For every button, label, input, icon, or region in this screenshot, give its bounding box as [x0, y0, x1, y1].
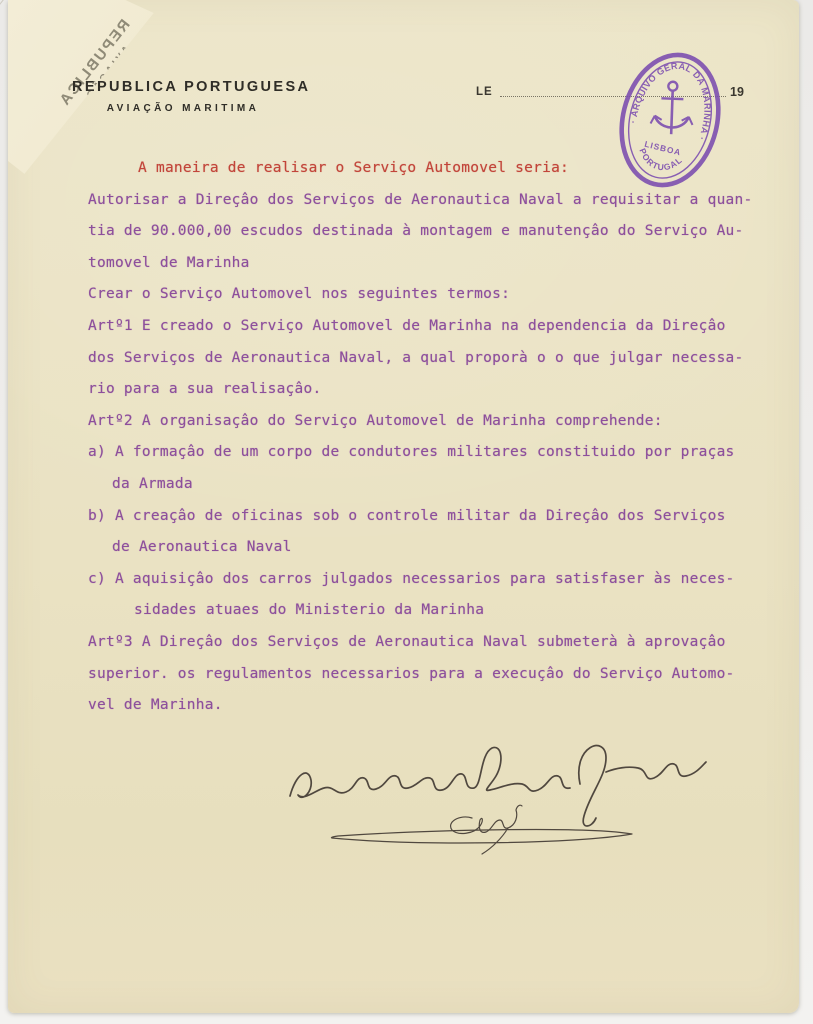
typewritten-line: da Armada: [112, 469, 778, 501]
typewritten-line: vel de Marinha.: [88, 690, 778, 722]
letterhead-subtitle: AVIAÇÃO MARITIMA: [72, 103, 294, 114]
signature: [276, 732, 716, 857]
document-page: REPUBLICA AVIAÇÃO REPUBLICA PORTUGUESA A…: [8, 0, 799, 1013]
anchor-icon: [650, 81, 694, 135]
typewritten-body: A maneira de realisar o Serviço Automove…: [88, 153, 778, 722]
typewritten-line: Artº1 E creado o Serviço Automovel de Ma…: [88, 311, 778, 343]
typewritten-line: Autorisar a Direçâo dos Serviços de Aero…: [88, 185, 778, 217]
typewritten-line: b) A creaçâo de oficinas sob o controle …: [88, 501, 778, 533]
typewritten-heading: A maneira de realisar o Serviço Automove…: [138, 153, 778, 185]
typewritten-line: superior. os regulamentos necessarios pa…: [88, 659, 778, 691]
mirrored-letterhead: REPUBLICA AVIAÇÃO: [27, 0, 172, 154]
typewritten-line: Crear o Serviço Automovel nos seguintes …: [88, 279, 778, 311]
letterhead: REPUBLICA PORTUGUESA AVIAÇÃO MARITIMA: [72, 79, 294, 114]
letterhead-title: REPUBLICA PORTUGUESA: [72, 79, 294, 95]
mirrored-letterhead-line2: AVIAÇÃO: [43, 0, 172, 154]
typewritten-line: Artº3 A Direçâo dos Serviços de Aeronaut…: [88, 627, 778, 659]
typewritten-line: sidades atuaes do Ministerio da Marinha: [134, 595, 778, 627]
date-line-prefix: LE: [476, 86, 493, 98]
typewritten-line: rio para a sua realisaçâo.: [88, 374, 778, 406]
typewritten-line: a) A formaçâo de um corpo de condutores …: [88, 437, 778, 469]
typewritten-line: dos Serviços de Aeronautica Naval, a qua…: [88, 343, 778, 375]
typewritten-line: Artº2 A organisaçâo do Serviço Automovel…: [88, 406, 778, 438]
typewritten-line: de Aeronautica Naval: [112, 532, 778, 564]
typewritten-line: c) A aquisiçâo dos carros julgados neces…: [88, 564, 778, 596]
signature-name-stroke: [290, 746, 706, 826]
typewritten-line: tomovel de Marinha: [88, 248, 778, 280]
typewritten-line: tia de 90.000,00 escudos destinada à mon…: [88, 216, 778, 248]
